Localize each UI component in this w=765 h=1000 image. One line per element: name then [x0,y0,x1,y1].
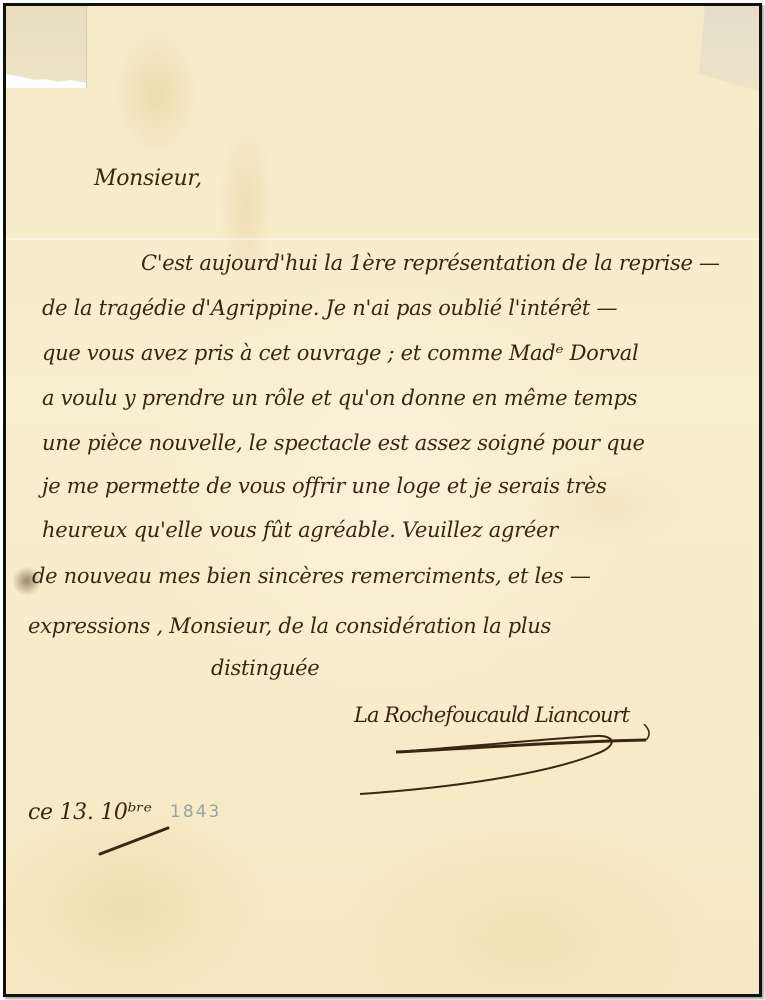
date-line: ce 13. 10ᵇʳᵉ [28,800,152,825]
letter-line: a voulu y prendre un rôle et qu'on donne… [42,386,637,410]
letter-line: une pièce nouvelle, le spectacle est ass… [42,431,645,455]
signature-flourish-icon [356,724,656,804]
document-frame: Monsieur, C'est aujourd'hui la 1ère repr… [3,3,762,997]
letter-closing: distinguée [211,656,319,680]
letter-greeting: Monsieur, [94,166,202,191]
tape-top-left [6,6,87,88]
letter-line: de nouveau mes bien sincères remerciment… [32,564,591,588]
fold-line [6,238,759,240]
letter-line: de la tragédie d'Agrippine. Je n'ai pas … [42,296,617,320]
letter-line: C'est aujourd'hui la 1ère représentation… [141,251,720,275]
letter-line: je me permette de vous offrir une loge e… [42,474,607,498]
date-underline-icon [96,824,176,858]
letter-line: expressions , Monsieur, de la considérat… [28,614,551,638]
letter-line: que vous avez pris à cet ouvrage ; et co… [42,341,638,365]
letter-line: heureux qu'elle vous fût agréable. Veuil… [42,518,558,542]
pencil-year-annotation: 1843 [170,802,221,822]
